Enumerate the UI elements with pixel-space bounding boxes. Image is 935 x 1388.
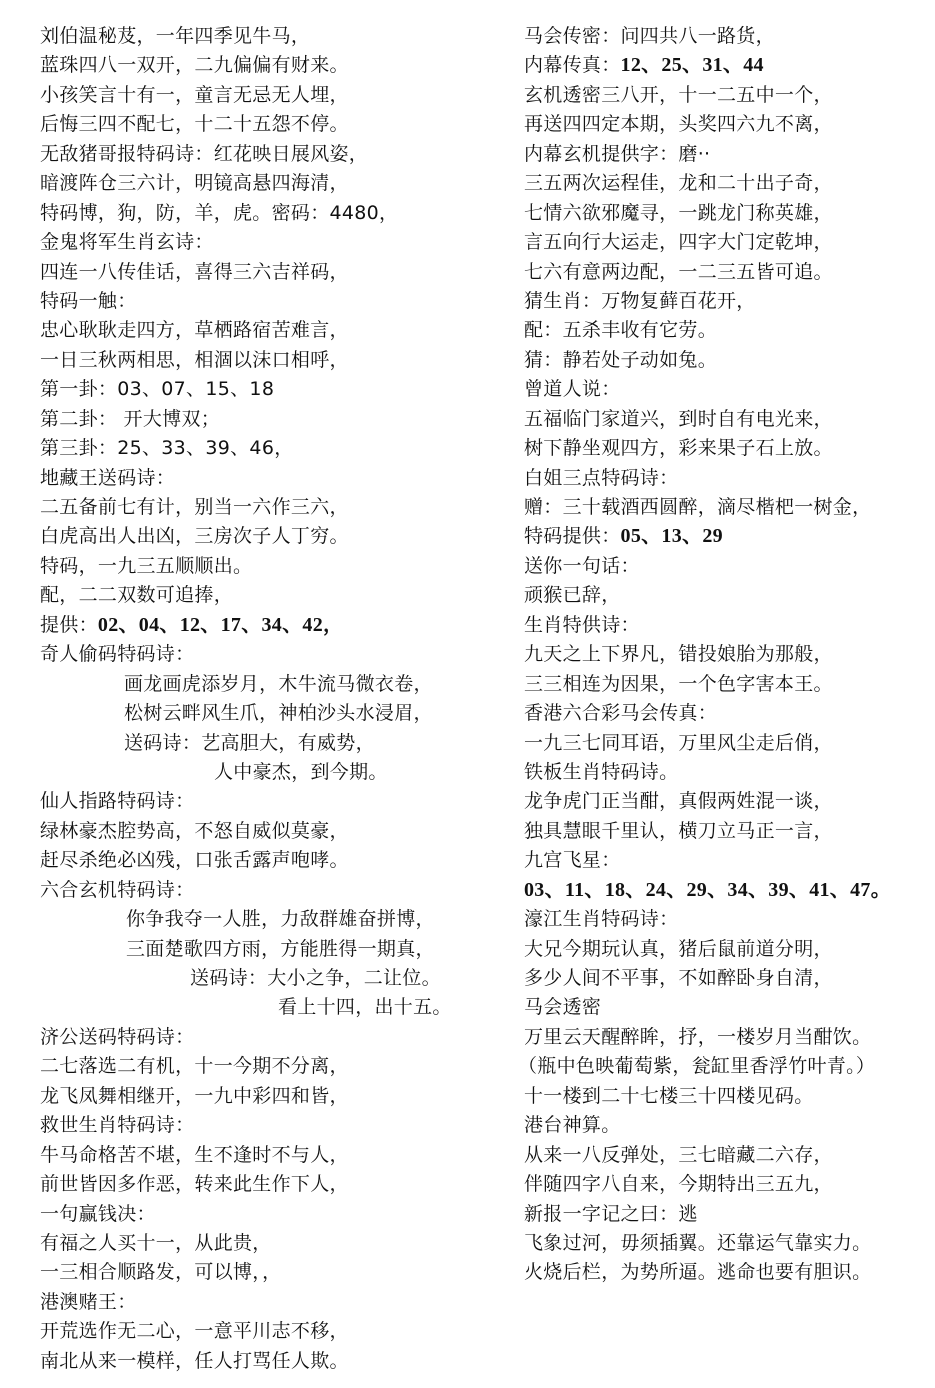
line-text: 暗渡阵仓三六计，明镜高悬四海清， <box>40 172 349 194</box>
line-text: 第三卦：25、33、39、46， <box>40 437 294 459</box>
text-line: 送码诗：艺高胆大，有威势， <box>40 729 500 758</box>
text-line: 人中豪杰，到今期。 <box>40 758 500 787</box>
line-text: 独具慧眼千里认，横刀立马正一言， <box>524 820 833 842</box>
text-line: 港澳赌王： <box>40 1288 500 1317</box>
line-text: 多少人间不平事，不如醉卧身自清， <box>524 967 833 989</box>
left-column: 刘伯温秘芨，一年四季见牛马，蓝珠四八一双开，二九偏偏有财来。小孩笑言十有一，童言… <box>40 22 500 1376</box>
text-line: 配，二二双数可追捧， <box>40 581 500 610</box>
text-line: 画龙画虎添岁月，木牛流马微衣卷， <box>40 670 500 699</box>
line-text: 牛马命格苦不堪，生不逢时不与人， <box>40 1144 349 1166</box>
right-column: 马会传密：问四共八一路货，内幕传真：12、25、31、44玄机透密三八开，十一二… <box>524 22 935 1288</box>
number-list: 05、13、29 <box>621 525 723 547</box>
line-text: 十一楼到二十七楼三十四楼见码。 <box>524 1085 814 1107</box>
text-line: 火烧后栏，为势所逼。逃命也要有胆识。 <box>524 1258 935 1287</box>
text-line: 树下静坐观四方，彩来果子石上放。 <box>524 434 935 463</box>
line-text: 白姐三点特码诗： <box>524 467 678 489</box>
line-text: 大兄今期玩认真，猪后鼠前道分明， <box>524 938 833 960</box>
text-line: 松树云畔风生爪，神柏沙头水浸眉， <box>40 699 500 728</box>
line-text: 马会透密 <box>524 996 601 1018</box>
line-text: 忠心耿耿走四方，草栖路宿苦难言， <box>40 319 349 341</box>
text-line: 特码提供：05、13、29 <box>524 522 935 551</box>
line-text: 一日三秋两相思，相涸以沫口相呼， <box>40 349 349 371</box>
text-line: 玄机透密三八开，十一二五中一个， <box>524 81 935 110</box>
text-line: 前世皆因多作恶，转来此生作下人， <box>40 1170 500 1199</box>
line-text: 你争我夺一人胜，力敌群雄奋拼博， <box>126 908 435 930</box>
line-text: 从来一八反弹处，三七暗藏二六存， <box>524 1144 833 1166</box>
line-text: 济公送码特码诗： <box>40 1026 194 1048</box>
text-line: 一日三秋两相思，相涸以沫口相呼， <box>40 346 500 375</box>
text-line: 大兄今期玩认真，猪后鼠前道分明， <box>524 935 935 964</box>
text-line: 二七落选二有机，十一今期不分离， <box>40 1052 500 1081</box>
number-list: 03、11、18、24、29、34、39、41、47。 <box>524 879 891 901</box>
text-line: 白姐三点特码诗： <box>524 464 935 493</box>
line-text: 一九三七同耳语，万里风尘走后俏， <box>524 732 833 754</box>
line-text: 生肖特供诗： <box>524 614 640 636</box>
line-text: 一三相合顺路发，可以博，， <box>40 1261 281 1283</box>
line-text: 七六有意两边配，一二三五皆可追。 <box>524 261 833 283</box>
line-text: 特码，一九三五顺顺出。 <box>40 555 252 577</box>
line-text: 四连一八传佳话，喜得三六吉祥码， <box>40 261 349 283</box>
line-text: 二七落选二有机，十一今期不分离， <box>40 1055 349 1077</box>
line-text: 蓝珠四八一双开，二九偏偏有财来。 <box>40 54 349 76</box>
line-text: 六合玄机特码诗： <box>40 879 194 901</box>
line-text: 二五备前七有计，别当一六作三六， <box>40 496 349 518</box>
line-text: 三三相连为因果，一个色字害本王。 <box>524 673 833 695</box>
line-text: 港台神算。 <box>524 1114 621 1136</box>
line-text: 开荒选作无二心，一意平川志不移， <box>40 1320 349 1342</box>
line-text: 七情六欲邪魔寻，一跳龙门称英雄， <box>524 202 833 224</box>
text-line: 飞象过河，毋须插翼。还靠运气靠实力。 <box>524 1229 935 1258</box>
text-line: 第一卦：03、07、15、18 <box>40 375 500 404</box>
number-list: 02、04、12、17、34、42， <box>98 614 343 636</box>
line-text: 送码诗：大小之争，二让位。 <box>190 967 441 989</box>
line-text: 龙飞凤舞相继开，一九中彩四和皆， <box>40 1085 349 1107</box>
text-line: 无敌猪哥报特码诗：红花映日展风姿， <box>40 140 500 169</box>
line-text: 顽猴已辞， <box>524 584 621 606</box>
line-text: 前世皆因多作恶，转来此生作下人， <box>40 1173 349 1195</box>
text-line: 二五备前七有计，别当一六作三六， <box>40 493 500 522</box>
line-label: 内幕传真： <box>524 54 621 76</box>
line-text: 赠：三十载酒西圆醉，滴尽楷杷一树金， <box>524 496 871 518</box>
text-line: 内幕玄机提供字：磨·· <box>524 140 935 169</box>
text-line: 多少人间不平事，不如醉卧身自清， <box>524 964 935 993</box>
text-line: 从来一八反弹处，三七暗藏二六存， <box>524 1141 935 1170</box>
text-line: 猜生肖：万物复藓百花开， <box>524 287 935 316</box>
document-page: 刘伯温秘芨，一年四季见牛马，蓝珠四八一双开，二九偏偏有财来。小孩笑言十有一，童言… <box>0 0 935 1388</box>
line-text: 万里云天醒醉眸，抒，一楼岁月当酣饮。 <box>524 1026 871 1048</box>
number-list: 12、25、31、44 <box>621 54 764 76</box>
text-line: 南北从来一模样，任人打骂任人欺。 <box>40 1347 500 1376</box>
line-text: 南北从来一模样，任人打骂任人欺。 <box>40 1350 349 1372</box>
text-line: 开荒选作无二心，一意平川志不移， <box>40 1317 500 1346</box>
text-line: 提供：02、04、12、17、34、42， <box>40 611 500 640</box>
line-text: 送码诗：艺高胆大，有威势， <box>124 732 375 754</box>
text-line: 三三相连为因果，一个色字害本王。 <box>524 670 935 699</box>
text-line: （瓶中色映葡萄紫，瓮缸里香浮竹叶青。） <box>518 1052 935 1081</box>
text-line: 马会透密 <box>524 993 935 1022</box>
line-text: 特码博，狗，防，羊，虎。密码：4480， <box>40 202 398 224</box>
line-text: 猜生肖：万物复藓百花开， <box>524 290 756 312</box>
text-line: 铁板生肖特码诗。 <box>524 758 935 787</box>
line-text: 地藏王送码诗： <box>40 467 175 489</box>
text-line: 蓝珠四八一双开，二九偏偏有财来。 <box>40 51 500 80</box>
line-text: 新报一字记之曰：逃 <box>524 1203 698 1225</box>
line-text: 龙争虎门正当酣，真假两姓混一谈， <box>524 790 833 812</box>
text-line: 十一楼到二十七楼三十四楼见码。 <box>524 1082 935 1111</box>
line-text: 奇人偷码特码诗： <box>40 643 194 665</box>
line-text: 九天之上下界凡，错投娘胎为那般， <box>524 643 833 665</box>
text-line: 马会传密：问四共八一路货， <box>524 22 935 51</box>
line-text: 火烧后栏，为势所逼。逃命也要有胆识。 <box>524 1261 871 1283</box>
line-text: 小孩笑言十有一，童言无忌无人埋， <box>40 84 349 106</box>
line-text: 有福之人买十一，从此贵， <box>40 1232 272 1254</box>
line-text: 曾道人说： <box>524 378 621 400</box>
text-line: 伴随四字八自来，今期特出三五九， <box>524 1170 935 1199</box>
text-line: 顽猴已辞， <box>524 581 935 610</box>
text-line: 第三卦：25、33、39、46， <box>40 434 500 463</box>
text-line: 白虎高出人出凶，三房次子人丁穷。 <box>40 522 500 551</box>
line-text: 内幕玄机提供字：磨·· <box>524 143 710 165</box>
line-text: 仙人指路特码诗： <box>40 790 194 812</box>
text-line: 猜：静若处子动如兔。 <box>524 346 935 375</box>
line-text: 送你一句话： <box>524 555 640 577</box>
text-line: 刘伯温秘芨，一年四季见牛马， <box>40 22 500 51</box>
line-text: 九宫飞星： <box>524 849 621 871</box>
text-line: 七情六欲邪魔寻，一跳龙门称英雄， <box>524 199 935 228</box>
text-line: 九天之上下界凡，错投娘胎为那般， <box>524 640 935 669</box>
text-line: 特码博，狗，防，羊，虎。密码：4480， <box>40 199 500 228</box>
text-line: 后悔三四不配七，十二十五怨不停。 <box>40 110 500 139</box>
text-line: 独具慧眼千里认，横刀立马正一言， <box>524 817 935 846</box>
line-label: 特码提供： <box>524 525 621 547</box>
line-text: 第二卦： 开大博双； <box>40 408 220 430</box>
text-line: 暗渡阵仓三六计，明镜高悬四海清， <box>40 169 500 198</box>
text-line: 三五两次运程佳，龙和二十出子奇， <box>524 169 935 198</box>
text-line: 特码，一九三五顺顺出。 <box>40 552 500 581</box>
text-line: 香港六合彩马会传真： <box>524 699 935 728</box>
text-line: 三面楚歌四方雨，方能胜得一期真， <box>40 935 500 964</box>
line-text: 刘伯温秘芨，一年四季见牛马， <box>40 25 310 47</box>
text-line: 生肖特供诗： <box>524 611 935 640</box>
text-line: 送你一句话： <box>524 552 935 581</box>
line-text: 香港六合彩马会传真： <box>524 702 717 724</box>
text-line: 忠心耿耿走四方，草栖路宿苦难言， <box>40 316 500 345</box>
line-text: 树下静坐观四方，彩来果子石上放。 <box>524 437 833 459</box>
text-line: 救世生肖特码诗： <box>40 1111 500 1140</box>
line-text: 一句赢钱决： <box>40 1203 156 1225</box>
line-text: 赶尽杀绝必凶残，口张舌露声咆哮。 <box>40 849 349 871</box>
line-text: 金鬼将军生肖玄诗： <box>40 231 214 253</box>
text-line: 曾道人说： <box>524 375 935 404</box>
line-text: 言五向行大运走，四字大门定乾坤， <box>524 231 833 253</box>
line-text: 无敌猪哥报特码诗：红花映日展风姿， <box>40 143 368 165</box>
line-text: 再送四四定本期，头奖四六九不离， <box>524 113 833 135</box>
line-text: 救世生肖特码诗： <box>40 1114 194 1136</box>
text-line: 内幕传真：12、25、31、44 <box>524 51 935 80</box>
text-line: 第二卦： 开大博双； <box>40 405 500 434</box>
line-text: 配：五杀丰收有它劳。 <box>524 319 717 341</box>
line-text: 港澳赌王： <box>40 1291 137 1313</box>
text-line: 龙争虎门正当酣，真假两姓混一谈， <box>524 787 935 816</box>
text-line: 济公送码特码诗： <box>40 1023 500 1052</box>
text-line: 配：五杀丰收有它劳。 <box>524 316 935 345</box>
text-line: 奇人偷码特码诗： <box>40 640 500 669</box>
line-text: 配，二二双数可追捧， <box>40 584 233 606</box>
text-line: 言五向行大运走，四字大门定乾坤， <box>524 228 935 257</box>
line-text: 特码一触： <box>40 290 137 312</box>
line-text: 飞象过河，毋须插翼。还靠运气靠实力。 <box>524 1232 871 1254</box>
line-text: 铁板生肖特码诗。 <box>524 761 678 783</box>
line-text: （瓶中色映葡萄紫，瓮缸里香浮竹叶青。） <box>518 1055 875 1077</box>
text-line: 地藏王送码诗： <box>40 464 500 493</box>
text-line: 一句赢钱决： <box>40 1200 500 1229</box>
text-line: 再送四四定本期，头奖四六九不离， <box>524 110 935 139</box>
text-line: 五福临门家道兴，到时自有电光来， <box>524 405 935 434</box>
text-line: 仙人指路特码诗： <box>40 787 500 816</box>
line-text: 白虎高出人出凶，三房次子人丁穷。 <box>40 525 349 547</box>
text-line: 一三相合顺路发，可以博，， <box>40 1258 500 1287</box>
text-line: 特码一触： <box>40 287 500 316</box>
line-text: 三面楚歌四方雨，方能胜得一期真， <box>126 938 435 960</box>
text-line: 新报一字记之曰：逃 <box>524 1200 935 1229</box>
text-line: 四连一八传佳话，喜得三六吉祥码， <box>40 258 500 287</box>
text-line: 万里云天醒醉眸，抒，一楼岁月当酣饮。 <box>524 1023 935 1052</box>
text-line: 绿林豪杰腔势高，不怒自威似莫豪， <box>40 817 500 846</box>
line-text: 人中豪杰，到今期。 <box>214 761 388 783</box>
text-line: 你争我夺一人胜，力敌群雄奋拼博， <box>40 905 500 934</box>
text-line: 九宫飞星： <box>524 846 935 875</box>
text-line: 小孩笑言十有一，童言无忌无人埋， <box>40 81 500 110</box>
text-line: 六合玄机特码诗： <box>40 876 500 905</box>
line-text: 绿林豪杰腔势高，不怒自威似莫豪， <box>40 820 349 842</box>
line-text: 三五两次运程佳，龙和二十出子奇， <box>524 172 833 194</box>
text-line: 赠：三十载酒西圆醉，滴尽楷杷一树金， <box>524 493 935 522</box>
line-text: 玄机透密三八开，十一二五中一个， <box>524 84 833 106</box>
line-label: 提供： <box>40 614 98 636</box>
text-line: 03、11、18、24、29、34、39、41、47。 <box>524 876 935 905</box>
line-text: 看上十四，出十五。 <box>278 996 452 1018</box>
line-text: 伴随四字八自来，今期特出三五九， <box>524 1173 833 1195</box>
text-line: 送码诗：大小之争，二让位。 <box>40 964 500 993</box>
text-line: 港台神算。 <box>524 1111 935 1140</box>
text-line: 七六有意两边配，一二三五皆可追。 <box>524 258 935 287</box>
line-text: 马会传密：问四共八一路货， <box>524 25 775 47</box>
line-text: 五福临门家道兴，到时自有电光来， <box>524 408 833 430</box>
text-line: 金鬼将军生肖玄诗： <box>40 228 500 257</box>
text-line: 赶尽杀绝必凶残，口张舌露声咆哮。 <box>40 846 500 875</box>
line-text: 画龙画虎添岁月，木牛流马微衣卷， <box>124 673 433 695</box>
text-line: 一九三七同耳语，万里风尘走后俏， <box>524 729 935 758</box>
line-text: 濠江生肖特码诗： <box>524 908 678 930</box>
line-text: 松树云畔风生爪，神柏沙头水浸眉， <box>124 702 433 724</box>
line-text: 第一卦：03、07、15、18 <box>40 378 274 400</box>
text-line: 牛马命格苦不堪，生不逢时不与人， <box>40 1141 500 1170</box>
line-text: 猜：静若处子动如兔。 <box>524 349 717 371</box>
line-text: 后悔三四不配七，十二十五怨不停。 <box>40 113 349 135</box>
text-line: 有福之人买十一，从此贵， <box>40 1229 500 1258</box>
text-line: 龙飞凤舞相继开，一九中彩四和皆， <box>40 1082 500 1111</box>
text-line: 看上十四，出十五。 <box>40 993 500 1022</box>
text-line: 濠江生肖特码诗： <box>524 905 935 934</box>
